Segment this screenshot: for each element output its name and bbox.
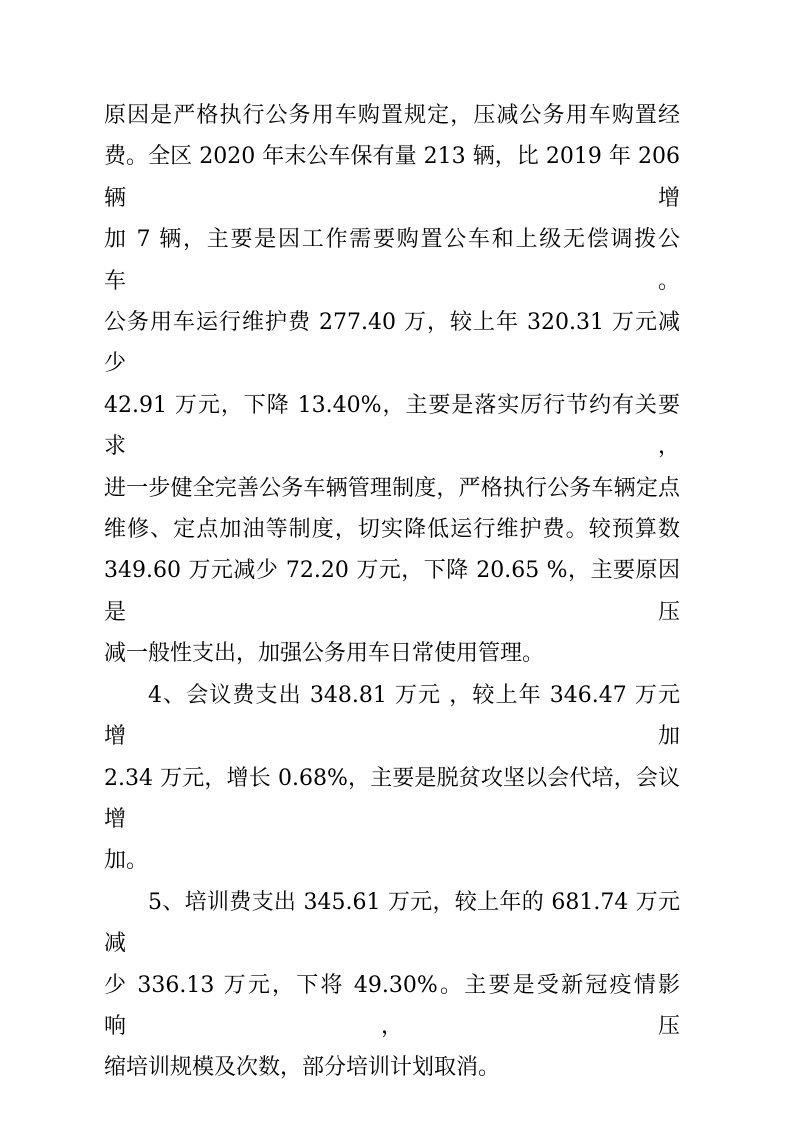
text-line: 少 336.13 万元，下将 49.30%。主要是受新冠疫情影响，压 bbox=[104, 965, 680, 1048]
text-line: 加 7 辆，主要是因工作需要购置公车和上级无偿调拨公车。 bbox=[104, 219, 680, 302]
text-line: 维修、定点加油等制度，切实降低运行维护费。较预算数 bbox=[104, 509, 680, 550]
text-line: 5、培训费支出 345.61 万元，较上年的 681.74 万元减 bbox=[104, 882, 680, 965]
text-line: 加。 bbox=[104, 840, 680, 881]
text-line: 349.60 万元减少 72.20 万元，下降 20.65 %，主要原因是压 bbox=[104, 550, 680, 633]
text-line: 4、会议费支出 348.81 万元 ，较上年 346.47 万元增加 bbox=[104, 675, 680, 758]
paragraph-meeting-expenses: 4、会议费支出 348.81 万元 ，较上年 346.47 万元增加2.34 万… bbox=[104, 675, 680, 882]
text-line: 进一步健全完善公务车辆管理制度，严格执行公务车辆定点 bbox=[104, 468, 680, 509]
paragraph-training-expenses: 5、培训费支出 345.61 万元，较上年的 681.74 万元减少 336.1… bbox=[104, 882, 680, 1089]
paragraph-official-vehicle-expenses: 原因是严格执行公务用车购置规定，压减公务用车购置经费。全区 2020 年末公车保… bbox=[104, 95, 680, 675]
text-line: 42.91 万元，下降 13.40%，主要是落实厉行节约有关要求， bbox=[104, 385, 680, 468]
document-page: 原因是严格执行公务用车购置规定，压减公务用车购置经费。全区 2020 年末公车保… bbox=[0, 0, 793, 1122]
text-line: 费。全区 2020 年末公车保有量 213 辆，比 2019 年 206 辆增 bbox=[104, 136, 680, 219]
text-line: 缩培训规模及次数，部分培训计划取消。 bbox=[104, 1047, 680, 1088]
text-line: 2.34 万元，增长 0.68%，主要是脱贫攻坚以会代培，会议增 bbox=[104, 758, 680, 841]
text-line: 公务用车运行维护费 277.40 万，较上年 320.31 万元减少 bbox=[104, 302, 680, 385]
text-line: 减一般性支出，加强公务用车日常使用管理。 bbox=[104, 633, 680, 674]
document-body: 原因是严格执行公务用车购置规定，压减公务用车购置经费。全区 2020 年末公车保… bbox=[104, 95, 680, 1089]
text-line: 原因是严格执行公务用车购置规定，压减公务用车购置经 bbox=[104, 95, 680, 136]
